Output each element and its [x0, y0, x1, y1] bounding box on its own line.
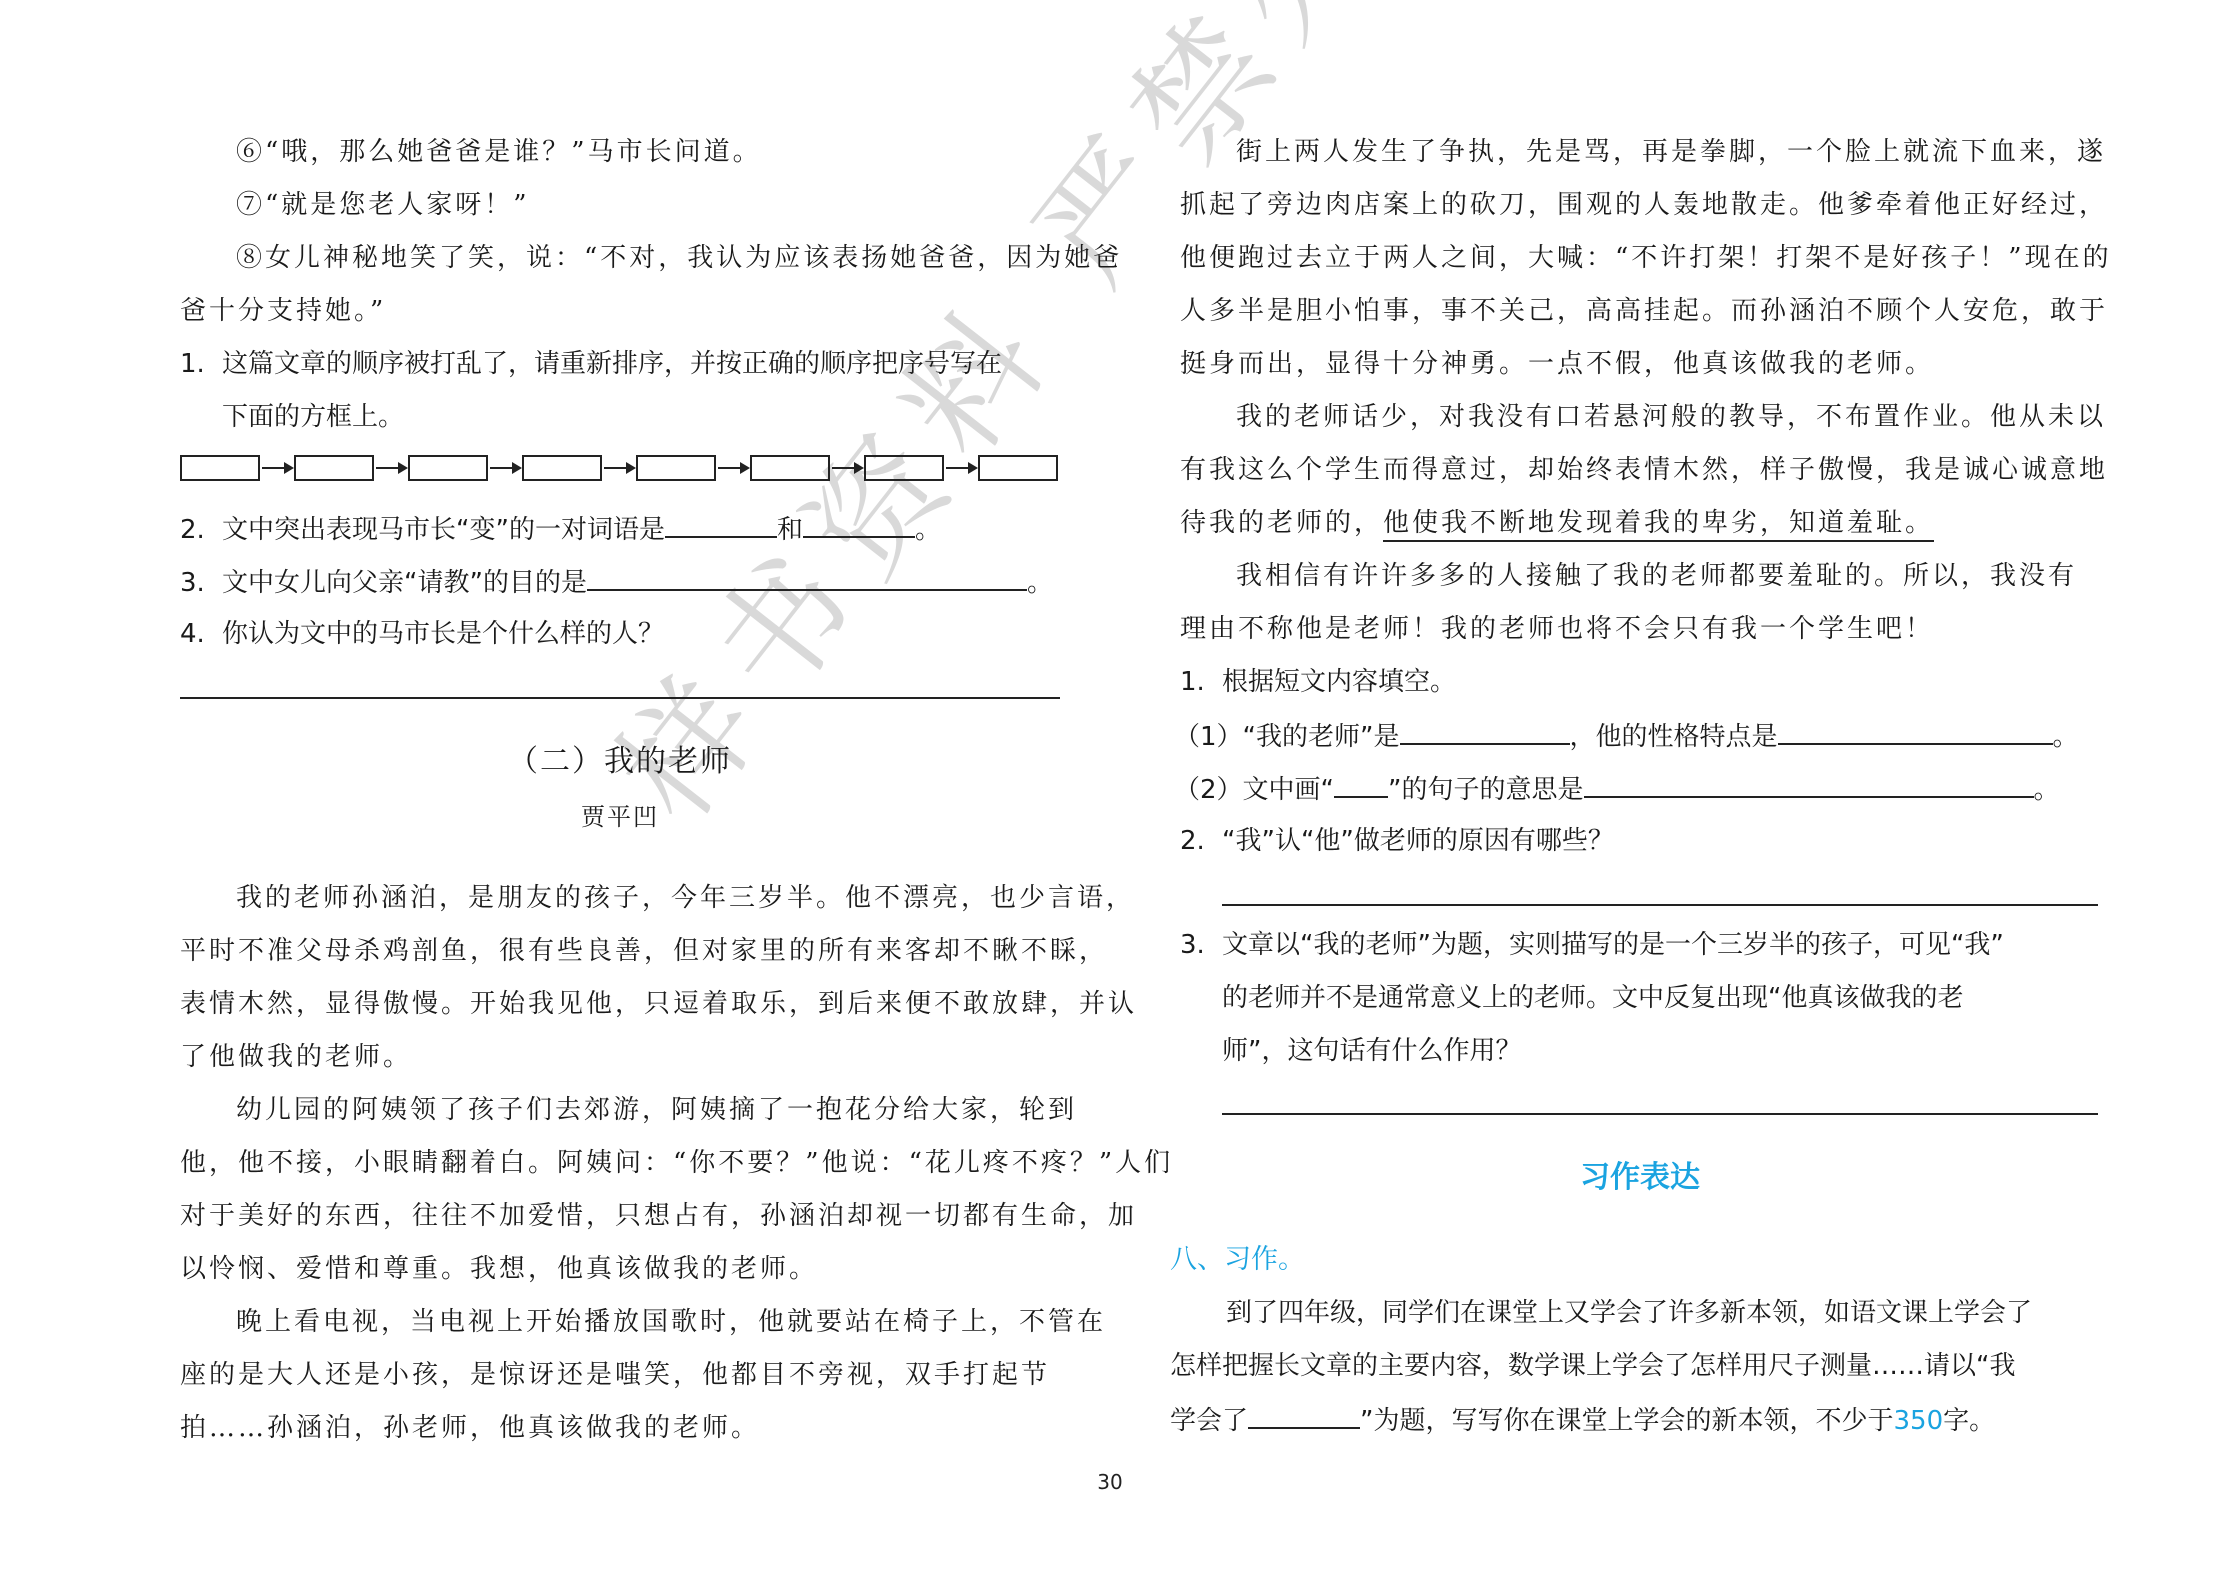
- question-1-2: （2）文中画“”的句子的意思是。: [1174, 768, 2100, 810]
- article-line: 他便跑过去立于两人之间，大喊：“不许打架！打架不是好孩子！”现在的: [1180, 238, 2100, 278]
- sequence-box-5[interactable]: [636, 455, 716, 481]
- answer-line[interactable]: [1222, 1113, 2098, 1115]
- section-title: （二）我的老师: [180, 742, 1060, 782]
- question-number: 1.: [1180, 662, 1222, 702]
- question-4: 4.你认为文中的马市长是个什么样的人？: [180, 614, 1060, 654]
- arrow-right-icon: [944, 457, 978, 479]
- answer-blank[interactable]: [1400, 715, 1570, 745]
- question-text: 文章以“我的老师”为题，实则描写的是一个三岁半的孩子，可见“我”: [1222, 930, 2004, 960]
- article-line: 晚上看电视，当电视上开始播放国歌时，他就要站在椅子上，不管在: [180, 1302, 1060, 1342]
- arrow-right-icon: [374, 457, 408, 479]
- conjunction: 和: [777, 515, 803, 545]
- question-1: 1.这篇文章的顺序被打乱了，请重新排序，并按正确的顺序把序号写在: [180, 344, 1060, 384]
- question-text: “我”认“他”做老师的原因有哪些？: [1222, 826, 1614, 856]
- sub-question-number: （2）: [1174, 775, 1243, 805]
- question-number: 3.: [180, 563, 222, 603]
- question-number: 2.: [180, 510, 222, 550]
- question-text: 文中突出表现马市长“变”的一对词语是: [222, 515, 665, 545]
- period: 。: [2053, 722, 2079, 752]
- arrow-right-icon: [260, 457, 294, 479]
- article-line: 待我的老师的，他使我不断地发现着我的卑劣，知道羞耻。: [1180, 503, 2100, 543]
- passage-line: ⑧女儿神秘地笑了笑，说：“不对，我认为应该表扬她爸爸，因为她爸: [180, 238, 1060, 278]
- question-text: ，他的性格特点是: [1570, 722, 1778, 752]
- right-page: 街上两人发生了争执，先是骂，再是拳脚，一个脸上就流下血来，遂 抓起了旁边肉店案上…: [1180, 0, 2100, 1571]
- writing-section-heading: 习作表达: [1180, 1158, 2100, 1198]
- article-line: 我的老师孙涵泊，是朋友的孩子，今年三岁半。他不漂亮，也少言语，: [180, 878, 1060, 918]
- sequence-box-1[interactable]: [180, 455, 260, 481]
- underline-sample: [1334, 768, 1388, 798]
- question-3: 3.文章以“我的老师”为题，实则描写的是一个三岁半的孩子，可见“我”: [1180, 925, 2100, 965]
- sequence-box-2[interactable]: [294, 455, 374, 481]
- writing-task-label: 八、习作。: [1170, 1240, 2100, 1280]
- underlined-sentence: 他使我不断地发现着我的卑劣，知道羞耻。: [1383, 508, 1934, 542]
- sequence-box-7[interactable]: [864, 455, 944, 481]
- article-line: 理由不称他是老师！我的老师也将不会只有我一个学生吧！: [1180, 609, 2100, 649]
- sequence-boxes: [180, 455, 1058, 481]
- article-line: 抓起了旁边肉店案上的砍刀，围观的人轰地散走。他爹牵着他正好经过，: [1180, 185, 2100, 225]
- period: 。: [915, 515, 941, 545]
- article-text: 待我的老师的，: [1180, 508, 1383, 538]
- sequence-box-3[interactable]: [408, 455, 488, 481]
- question-text: 文中画“: [1243, 775, 1334, 805]
- article-line: 幼儿园的阿姨领了孩子们去郊游，阿姨摘了一抱花分给大家，轮到: [180, 1090, 1060, 1130]
- period: 。: [1027, 568, 1053, 598]
- title-blank[interactable]: [1248, 1399, 1360, 1429]
- passage-line: ⑥“哦，那么她爸爸是谁？”马市长问道。: [180, 132, 1060, 172]
- sequence-box-6[interactable]: [750, 455, 830, 481]
- article-line: 平时不准父母杀鸡剖鱼，很有些良善，但对家里的所有来客却不瞅不睬，: [180, 931, 1060, 971]
- period: 。: [2034, 775, 2060, 805]
- question-number: 4.: [180, 614, 222, 654]
- sequence-box-4[interactable]: [522, 455, 602, 481]
- word-count: 350: [1894, 1406, 1944, 1436]
- prompt-text: 字。: [1943, 1406, 1995, 1436]
- answer-blank[interactable]: [665, 508, 777, 538]
- answer-line[interactable]: [180, 697, 1060, 699]
- writing-prompt-line: 学会了”为题，写写你在课堂上学会的新本领，不少于350字。: [1170, 1399, 2100, 1441]
- article-line: 我的老师话少，对我没有口若悬河般的教导，不布置作业。他从未以: [1180, 397, 2100, 437]
- question-3-cont: 的老师并不是通常意义上的老师。文中反复出现“他真该做我的老: [1180, 978, 2100, 1018]
- sequence-box-8[interactable]: [978, 455, 1058, 481]
- question-number: 1.: [180, 344, 222, 384]
- question-3-cont: 师”，这句话有什么作用？: [1180, 1031, 2100, 1071]
- question-text: 这篇文章的顺序被打乱了，请重新排序，并按正确的顺序把序号写在: [222, 349, 1002, 379]
- question-text: “我的老师”是: [1243, 722, 1400, 752]
- question-1: 1.根据短文内容填空。: [1180, 662, 2100, 702]
- question-2: 2.文中突出表现马市长“变”的一对词语是和。: [180, 508, 1060, 550]
- article-line: 人多半是胆小怕事，事不关己，高高挂起。而孙涵泊不顾个人安危，敢于: [1180, 291, 2100, 331]
- question-1-1: （1）“我的老师”是，他的性格特点是。: [1174, 715, 2100, 757]
- passage-line: ⑦“就是您老人家呀！”: [180, 185, 1060, 225]
- question-text: ”的句子的意思是: [1388, 775, 1583, 805]
- article-line: 以怜悯、爱惜和尊重。我想，他真该做我的老师。: [180, 1249, 1060, 1289]
- prompt-text: 学会了: [1170, 1406, 1248, 1436]
- answer-blank[interactable]: [1778, 715, 2053, 745]
- question-3: 3.文中女儿向父亲“请教”的目的是。: [180, 561, 1060, 603]
- article-line: 街上两人发生了争执，先是骂，再是拳脚，一个脸上就流下血来，遂: [1180, 132, 2100, 172]
- passage-line: 爸十分支持她。”: [180, 291, 1060, 331]
- writing-prompt-line: 到了四年级，同学们在课堂上又学会了许多新本领，如语文课上学会了: [1170, 1293, 2100, 1333]
- prompt-text: ”为题，写写你在课堂上学会的新本领，不少于: [1360, 1406, 1893, 1436]
- question-number: 3.: [1180, 925, 1222, 965]
- question-text: 文中女儿向父亲“请教”的目的是: [222, 568, 587, 598]
- article-line: 拍……孙涵泊，孙老师，他真该做我的老师。: [180, 1408, 1060, 1448]
- article-line: 座的是大人还是小孩，是惊讶还是嗤笑，他都目不旁视，双手打起节: [180, 1355, 1060, 1395]
- answer-blank[interactable]: [587, 561, 1027, 591]
- sub-question-number: （1）: [1174, 722, 1243, 752]
- article-line: 表情木然，显得傲慢。开始我见他，只逗着取乐，到后来便不敢放肆，并认: [180, 984, 1060, 1024]
- arrow-right-icon: [602, 457, 636, 479]
- article-line: 我相信有许许多多的人接触了我的老师都要羞耻的。所以，我没有: [1180, 556, 2100, 596]
- article-line: 对于美好的东西，往往不加爱惜，只想占有，孙涵泊却视一切都有生命，加: [180, 1196, 1060, 1236]
- answer-blank[interactable]: [803, 508, 915, 538]
- question-text: 你认为文中的马市长是个什么样的人？: [222, 619, 664, 649]
- answer-blank[interactable]: [1584, 768, 2034, 798]
- arrow-right-icon: [488, 457, 522, 479]
- article-line: 挺身而出，显得十分神勇。一点不假，他真该做我的老师。: [1180, 344, 2100, 384]
- question-2: 2.“我”认“他”做老师的原因有哪些？: [1180, 821, 2100, 861]
- question-1-cont: 下面的方框上。: [180, 397, 1060, 437]
- answer-line[interactable]: [1222, 904, 2098, 906]
- question-text: 根据短文内容填空。: [1222, 667, 1456, 697]
- article-line: 了他做我的老师。: [180, 1037, 1060, 1077]
- writing-prompt-line: 怎样把握长文章的主要内容，数学课上学会了怎样用尺子测量……请以“我: [1170, 1346, 2100, 1386]
- page-number: 30: [0, 1470, 2220, 1494]
- left-page: ⑥“哦，那么她爸爸是谁？”马市长问道。 ⑦“就是您老人家呀！” ⑧女儿神秘地笑了…: [180, 0, 1060, 1571]
- author: 贾平凹: [180, 797, 1060, 837]
- article-line: 有我这么个学生而得意过，却始终表情木然，样子傲慢，我是诚心诚意地: [1180, 450, 2100, 490]
- question-number: 2.: [1180, 821, 1222, 861]
- arrow-right-icon: [716, 457, 750, 479]
- article-line: 他，他不接，小眼睛翻着白。阿姨问：“你不要？”他说：“花儿疼不疼？”人们: [180, 1143, 1060, 1183]
- arrow-right-icon: [830, 457, 864, 479]
